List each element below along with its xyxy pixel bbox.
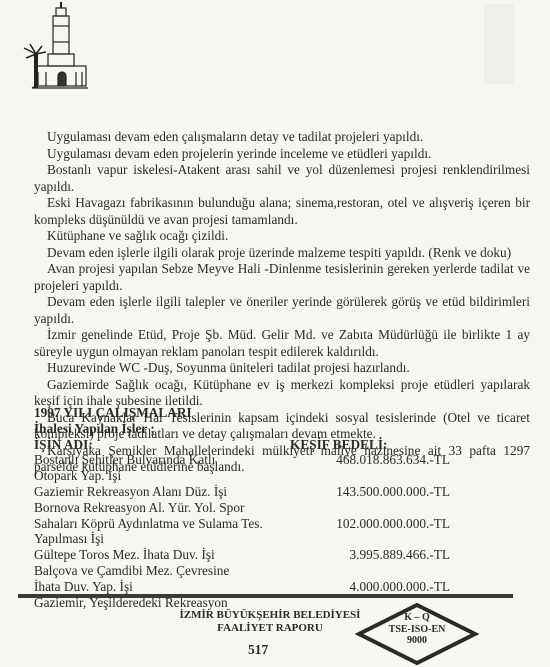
clock-tower-logo-icon (22, 2, 94, 90)
row-name: Otopark Yap. İşi (34, 468, 290, 484)
badge-line: 9000 (385, 635, 449, 647)
paragraph: Devam eden işlerle ilgili olarak proje ü… (34, 245, 530, 262)
row-name: Gültepe Toros Mez. İhata Duv. İşi (34, 547, 290, 563)
table-row: Balçova ve Çamdibi Mez. Çevresine (34, 563, 514, 579)
row-name: Bostanlı Şehitler Bulvarında Katlı (34, 452, 290, 468)
column-header-name: İŞİN ADI: (34, 437, 290, 453)
page-number: 517 (248, 642, 268, 658)
paragraph: Kütüphane ve sağlık ocağı çizildi. (34, 228, 530, 245)
row-name: Bornova Rekreasyon Al. Yür. Yol. Spor (34, 500, 290, 516)
table-row: Gaziemir Rekreasyon Alanı Düz. İşi143.50… (34, 484, 514, 500)
section-subtitle: İhalesi Yapılan İşler ; (34, 421, 514, 437)
row-value (290, 563, 450, 579)
paragraph: Huzurevinde WC -Duş, Soyunma üniteleri t… (34, 360, 530, 377)
table-header: İŞİN ADI: KEŞİF BEDELİ: (34, 437, 514, 453)
column-header-value: KEŞİF BEDELİ: (290, 437, 450, 453)
works-section: 1997 YILI ÇALIŞMALARI İhalesi Yapılan İş… (34, 405, 514, 610)
paragraph: Devam eden işlerle ilgili talepler ve ön… (34, 294, 530, 327)
row-value: 468.018.863.634.-TL (290, 452, 450, 468)
table-row: Bornova Rekreasyon Al. Yür. Yol. Spor (34, 500, 514, 516)
badge-line: K – Q (385, 612, 449, 624)
table-row: Bostanlı Şehitler Bulvarında Katlı468.01… (34, 452, 514, 468)
row-value: 102.000.000.000.-TL (290, 516, 450, 532)
table-row: Sahaları Köprü Aydınlatma ve Sulama Tes.… (34, 516, 514, 532)
row-name: Balçova ve Çamdibi Mez. Çevresine (34, 563, 290, 579)
quality-badge: K – Q TSE-ISO-EN 9000 (385, 612, 449, 647)
table-row: Gültepe Toros Mez. İhata Duv. İşi3.995.8… (34, 547, 514, 563)
table-row: İhata Duv. Yap. İşi4.000.000.000.-TL (34, 579, 514, 595)
paragraph: Bostanlı vapur iskelesi-Atakent arası sa… (34, 162, 530, 195)
paragraph: Uygulaması devam eden projelerin yerinde… (34, 146, 530, 163)
footer-org: İZMİR BÜYÜKŞEHİR BELEDİYESİ FAALİYET RAP… (170, 609, 370, 635)
row-value: 143.500.000.000.-TL (290, 484, 450, 500)
row-value (290, 500, 450, 516)
row-name: Gaziemir Rekreasyon Alanı Düz. İşi (34, 484, 290, 500)
row-name: İhata Duv. Yap. İşi (34, 579, 290, 595)
row-value (290, 468, 450, 484)
paragraph: İzmir genelinde Etüd, Proje Şb. Müd. Gel… (34, 327, 530, 360)
org-name: İZMİR BÜYÜKŞEHİR BELEDİYESİ (170, 609, 370, 622)
section-title: 1997 YILI ÇALIŞMALARI (34, 405, 514, 421)
row-value: 4.000.000.000.-TL (290, 579, 450, 595)
table-row: Otopark Yap. İşi (34, 468, 514, 484)
footer-divider (18, 594, 513, 598)
report-name: FAALİYET RAPORU (170, 622, 370, 635)
row-name: Yapılması İşi (34, 531, 290, 547)
paragraph: Eski Havagazı fabrikasının bulunduğu ala… (34, 195, 530, 228)
row-value (290, 531, 450, 547)
paragraph: Uygulaması devam eden çalışmaların detay… (34, 129, 530, 146)
bleed-through-shadow (484, 4, 514, 84)
row-name: Sahaları Köprü Aydınlatma ve Sulama Tes. (34, 516, 290, 532)
paragraph: Avan projesi yapılan Sebze Meyve Hali -D… (34, 261, 530, 294)
row-value: 3.995.889.466.-TL (290, 547, 450, 563)
table-row: Yapılması İşi (34, 531, 514, 547)
badge-line: TSE-ISO-EN (385, 624, 449, 636)
